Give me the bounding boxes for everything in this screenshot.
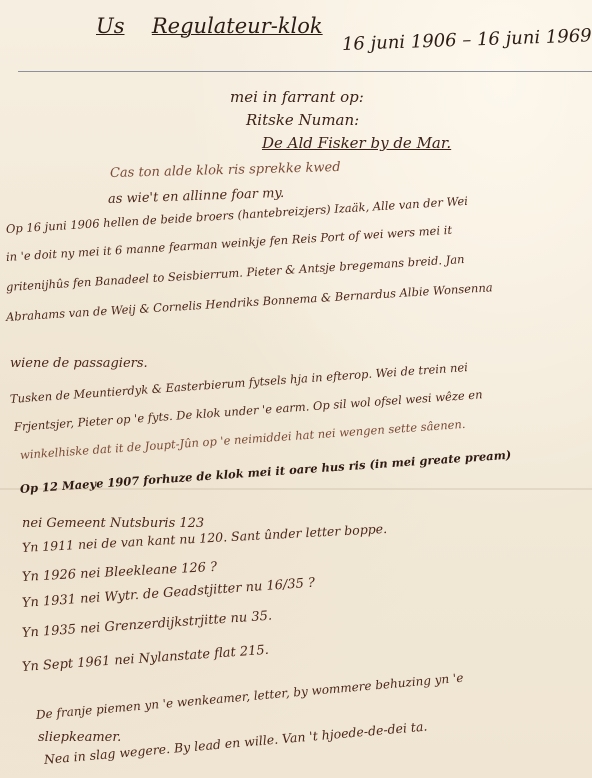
body-line-15: Yn 1926 nei Bleekleane 126 ? [22, 560, 218, 585]
handwritten-letter-page: Us Regulateur-klok 16 juni 1906 – 16 jun… [0, 0, 592, 778]
body-line-7: wiene de passagiers. [10, 356, 148, 371]
header-rule [18, 71, 592, 72]
body-line-13: nei Gemeent Nutsburis 123 [22, 516, 204, 531]
body-line-20: sliepkeamer. [38, 730, 121, 745]
body-line-19: De franje piemen yn 'e wenkeamer, letter… [35, 671, 464, 722]
dedication-line-1: mei in farrant op: [230, 88, 364, 106]
body-line-17: Yn 1935 nei Grenzerdijkstrjitte nu 35. [21, 609, 272, 641]
document-title: Us Regulateur-klok [96, 14, 323, 38]
body-line-18: Yn Sept 1961 nei Nylanstate flat 215. [21, 643, 269, 675]
document-date-range: 16 juni 1906 – 16 juni 1969 [342, 25, 592, 55]
body-line-2: as wie't en allinne foar my. [108, 186, 285, 207]
dedication-line-3: De Ald Fisker by de Mar. [262, 134, 451, 152]
body-line-1: Cas ton alde klok ris sprekke kwed [110, 160, 341, 181]
title-word-regulateur-klok: Regulateur-klok [152, 14, 323, 38]
title-word-us: Us [96, 14, 124, 38]
dedication-line-2: Ritske Numan: [246, 111, 359, 129]
